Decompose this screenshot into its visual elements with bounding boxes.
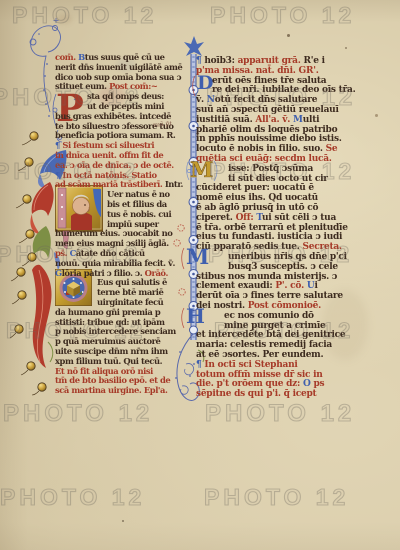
text-line: scā martina uirgine. Epl'a. — [55, 385, 168, 395]
speck-mark — [375, 114, 378, 117]
manuscript-photo: P — [0, 0, 400, 550]
text-line: ps̄. Cātate dn̄o cāticū — [55, 248, 145, 258]
text-segment: da humano gn̄i premia p — [55, 307, 160, 317]
text-segment: O — [303, 379, 313, 389]
text-line: uneribus nr̄is qs dn̄e p'ci — [228, 252, 347, 262]
text-line: ¶ Si festum sci siluestri — [55, 140, 154, 150]
text-line: locuto ē nobis in filio. suo. Se — [196, 144, 337, 154]
text-segment: ea. ɔ oīa de dnīca. ɔ de octē. — [55, 160, 174, 170]
text-segment: derūt oīa ɔ fines terre salutare — [196, 291, 343, 301]
text-segment: bus gras exhibētes. intcedē — [55, 111, 171, 121]
text-segment: dico uob sup omīa bona sua ɔ — [55, 72, 181, 82]
text-segment: uirginitate fecū — [97, 297, 163, 307]
text-segment: ē ab āglō priusq̄ in utō cō — [196, 203, 318, 213]
text-line: Glōria patri ɔ filio. ɔ. Orāō. — [55, 268, 168, 278]
text-segment: tm̄ de bto basilio epō. et de — [55, 375, 170, 385]
text-line: xpm filium tuū. Qui tecū. — [55, 356, 162, 366]
parchment-page: P — [0, 0, 400, 550]
text-line: dico uob sup omīa bona sua ɔ — [55, 72, 181, 82]
text-line: tm̄ de bto basilio epō. et de — [55, 375, 170, 385]
text-segment: maria: celestis remedij facia — [196, 340, 332, 350]
text-line: p quā meruimus auctorē — [55, 336, 160, 346]
text-segment: Si festum sci siluestri — [62, 140, 154, 150]
text-segment: i — [315, 281, 318, 291]
text-line: uirginitate fecū — [97, 297, 163, 307]
text-line: ¶ hoīb3: apparuit grā. R'e i — [196, 56, 325, 66]
text-segment: terne btē mariē — [97, 287, 163, 297]
text-line: cūcideret puer: uocatū ē — [196, 183, 314, 193]
text-line: ec nos comunio dō — [224, 311, 314, 321]
text-segment: ti sūt dies octo ut cir — [228, 174, 328, 184]
text-segment: mine purget a crimīe — [224, 321, 326, 331]
text-segment: men eius magni ɔsilij āglā. — [55, 238, 169, 248]
text-line: da humano gn̄i premia p — [55, 307, 160, 317]
text-line: nomē eius ihs. Qd uocatū — [196, 193, 318, 203]
text-segment: eius tu fundasti. iusticia ɔ iudi — [196, 232, 342, 242]
text-line: v̄. Notū fecit dn̄s salutare — [196, 95, 317, 105]
watermark-text: PHOTO 12 — [210, 2, 355, 29]
text-segment: tus suus quē cū ue — [85, 52, 165, 62]
text-line: maria: celestis remedij facia — [196, 340, 332, 350]
text-segment: die. p't orōem que dz: — [196, 379, 303, 389]
text-segment: clement exaudi: — [196, 281, 275, 291]
text-line: derūt oīa ɔ fines terre salutare — [196, 291, 343, 301]
text-segment: Se — [326, 144, 338, 154]
text-line: ut de pceptis mini — [87, 101, 164, 111]
text-segment: beneficia potiora sumam. R. — [55, 130, 175, 140]
text-segment: apparuit grā. — [238, 56, 304, 66]
speck-mark — [345, 47, 347, 49]
text-segment: In octī sci Stephani — [204, 360, 297, 370]
text-segment: stituet eum. — [55, 81, 109, 91]
text-segment: G — [55, 268, 62, 278]
text-line: totum offm̄ misse dr̄ sic in — [196, 370, 323, 380]
text-line: stituet eum. Post com̄:~ — [55, 81, 157, 91]
text-line: bis et filius da — [107, 199, 167, 209]
margin-note: suū p̄t — [153, 120, 172, 128]
text-segment: stitisti: tribue qd: ut ipām — [55, 317, 165, 327]
text-segment: ciū pparatō sedis tue. — [196, 242, 303, 252]
text-line: ti sūt dies octo ut cir — [228, 174, 328, 184]
text-segment: suū an̄ ɔspectū gētiū reuelauī — [196, 105, 339, 115]
text-line: re dei nr̄i. iubilate deo oīs tr̄a. — [212, 85, 355, 95]
text-segment: sta qd omps deus: — [87, 91, 164, 101]
text-segment: otū fecit dn̄s salutare — [215, 95, 317, 105]
text-segment: sēpitne ds qui p'i. q̄ icept — [196, 389, 316, 399]
text-line: die. p't orōem que dz: O ps — [196, 379, 324, 389]
text-line: isse: Postq̄ ɔsūma — [228, 164, 313, 174]
text-segment: ps̄. — [55, 248, 70, 258]
right-text-column: ¶ hoīb3: apparuit grā. R'e ip'ma missa. … — [196, 56, 374, 406]
text-segment: in pphīs nouissime diebo istis. — [196, 134, 342, 144]
text-line: nerit dn̄s inuenit uigilātē amē — [55, 62, 182, 72]
text-segment: uite suscipe dn̄m nr̄m ihm — [55, 346, 168, 356]
text-segment: ut de pceptis mini — [87, 101, 164, 111]
text-segment: bis et filius da — [107, 199, 167, 209]
text-segment: Orāō. — [145, 268, 168, 278]
text-segment: v̄. — [196, 95, 207, 105]
text-segment: ulti — [303, 115, 320, 125]
text-segment: in dnīca uenit. offm fit de — [55, 150, 163, 160]
text-segment: erūt oēs fines tr̄e saluta — [212, 76, 326, 86]
text-line: in dnīca uenit. offm fit de — [55, 150, 163, 160]
text-segment: xpm filium tuū. Qui tecū. — [55, 356, 162, 366]
text-segment: cūcideret puer: uocatū ē — [196, 183, 314, 193]
text-line: stitisti: tribue qd: ut ipām — [55, 317, 165, 327]
text-line: sta qd omps deus: — [87, 91, 164, 101]
text-segment: B — [78, 52, 85, 62]
text-line: ē ab āglō priusq̄ in utō cō — [196, 203, 318, 213]
text-line: ea. ɔ oīa de dnīca. ɔ de octē. — [55, 160, 174, 170]
text-segment: Secreta. — [303, 242, 342, 252]
text-segment: Eus qui salutis ē — [97, 277, 167, 287]
watermark-text: PHOTO 12 — [204, 484, 349, 511]
text-segment: re dei nr̄i. iubilate deo oīs tr̄a. — [212, 85, 355, 95]
text-line: eius tu fundasti. iusticia ɔ iudi — [196, 232, 342, 242]
text-segment: nomē eius ihs. Qd uocatū — [196, 193, 318, 203]
text-segment: ciperet. — [196, 213, 236, 223]
text-segment: Post com̄:~ — [109, 81, 157, 91]
text-line: p'ma missa. nat̄. dn̄i. GR'. — [196, 66, 319, 76]
text-line: p nobis intercedere senciam — [55, 326, 176, 336]
text-line: com̄. Btus suus quē cū ue — [55, 52, 165, 62]
text-line: beneficia potiora sumam. R. — [55, 130, 175, 140]
text-segment: et intercedēte btā dei genitrice — [196, 330, 345, 340]
text-segment: humerum eius. ɔuocabit no — [55, 228, 172, 238]
text-segment: p nobis intercedere senciam — [55, 326, 176, 336]
text-line: impiū super — [107, 219, 159, 229]
text-segment: totum offm̄ misse dr̄ sic in — [196, 370, 323, 380]
text-line: et intercedēte btā dei genitrice — [196, 330, 345, 340]
text-line: tus ē nobis. cui — [107, 209, 171, 219]
text-segment: iustitiā suā. — [196, 115, 255, 125]
text-line: ciū pparatō sedis tue. Secreta. — [196, 242, 342, 252]
text-line: bus gras exhibētes. intcedē — [55, 111, 171, 121]
text-segment: ē tr̄a. orbē terrarū et plenitudīe — [196, 223, 348, 233]
text-line: in pphīs nouissime diebo istis. — [196, 134, 342, 144]
text-line: phariē olim ds loquēs patribo — [196, 125, 337, 135]
text-segment: tus ē nobis. cui — [107, 209, 171, 219]
text-segment: stibus nos munda misterijs. ɔ — [196, 272, 337, 282]
text-line: at eē ɔsortes. Per eundem. — [196, 350, 323, 360]
text-segment: p quā meruimus auctorē — [55, 336, 160, 346]
speck-mark — [287, 34, 290, 37]
text-segment: Off: — [236, 213, 257, 223]
text-segment: dei nostri. — [196, 301, 248, 311]
text-segment: com̄. — [55, 52, 78, 62]
text-segment: busq3 susceptis. ɔ cele — [228, 262, 338, 272]
text-segment: P'. cō. — [275, 281, 307, 291]
text-segment: nouū. quia mirabilia fecit. v̄. — [55, 258, 175, 268]
text-segment: phariē olim ds loquēs patribo — [196, 125, 337, 135]
text-line: nouū. quia mirabilia fecit. v̄. — [55, 258, 175, 268]
text-segment: quētia sci euāḡ: secdm lucā. — [196, 154, 332, 164]
text-segment: M — [293, 115, 303, 125]
watermark-text: PHOTO 12 — [3, 400, 153, 428]
left-text-column: com̄. Btus suus quē cū uenerit dn̄s inue… — [55, 52, 189, 400]
watermark-text: PHOTO 12 — [0, 484, 145, 511]
text-segment: U — [307, 281, 315, 291]
text-line: clement exaudi: P'. cō. Ui — [196, 281, 318, 291]
text-line: stibus nos munda misterijs. ɔ — [196, 272, 337, 282]
text-line: terne btē mariē — [97, 287, 163, 297]
text-segment: Intr. — [165, 179, 183, 189]
text-line: ¶ In octī sci Stephani — [196, 360, 298, 370]
text-line: suū an̄ ɔspectū gētiū reuelauī — [196, 105, 339, 115]
text-segment: Uer natus ē no — [107, 189, 170, 199]
text-segment: Post cōmonioē. — [248, 301, 321, 311]
text-line: uite suscipe dn̄m nr̄m ihm — [55, 346, 168, 356]
text-line: iustitiā suā. All'a. v̄. Multi — [196, 115, 319, 125]
text-segment: scā martina uirgine. Epl'a. — [55, 385, 168, 395]
text-segment: ec nos comunio dō — [224, 311, 314, 321]
text-segment: impiū super — [107, 219, 159, 229]
text-line: sēpitne ds qui p'i. q̄ icept — [196, 389, 316, 399]
text-segment: All'a. v̄. — [255, 115, 293, 125]
text-segment: In octā natōnis. Statio — [62, 170, 156, 180]
text-line: Et nō fit aliqua orō nisi — [55, 366, 153, 376]
text-segment: Et nō fit aliqua orō nisi — [55, 366, 153, 376]
text-line: ¶ In octā natōnis. Statio — [55, 170, 157, 180]
text-segment: N — [207, 95, 215, 105]
text-line: Eus qui salutis ē — [97, 277, 167, 287]
text-segment: at eē ɔsortes. Per eundem. — [196, 350, 323, 360]
text-segment: ui sūt cēli ɔ tua — [262, 213, 336, 223]
text-line: men eius magni ɔsilij āglā. — [55, 238, 169, 248]
text-segment: lōria patri ɔ filio. ɔ. — [62, 268, 145, 278]
text-segment: uneribus nr̄is qs dn̄e p'ci — [228, 252, 347, 262]
text-line: ciperet. Off: Tui sūt cēli ɔ tua — [196, 213, 336, 223]
text-line: ē tr̄a. orbē terrarū et plenitudīe — [196, 223, 348, 233]
text-segment: hoīb3: — [204, 56, 237, 66]
text-line: ad scām mariā trāstiberī. Intr. — [55, 179, 183, 189]
speck-mark — [122, 520, 124, 522]
text-segment: nerit dn̄s inuenit uigilātē amē — [55, 62, 182, 72]
text-line: erūt oēs fines tr̄e saluta — [212, 76, 326, 86]
text-line: Uer natus ē no — [107, 189, 170, 199]
text-line: quētia sci euāḡ: secdm lucā. — [196, 154, 332, 164]
text-segment: R'e i — [303, 56, 324, 66]
text-line: mine purget a crimīe — [224, 321, 326, 331]
text-segment: ad scām mariā trāstiberī. — [55, 179, 165, 189]
text-segment: ps — [313, 379, 324, 389]
text-segment: ātate dn̄o cāticū — [76, 248, 145, 258]
text-line: dei nostri. Post cōmonioē. — [196, 301, 321, 311]
text-segment: p'ma missa. nat̄. dn̄i. GR'. — [196, 66, 319, 76]
text-segment: isse: Postq̄ ɔsūma — [228, 164, 313, 174]
text-line: busq3 susceptis. ɔ cele — [228, 262, 338, 272]
text-segment: locuto ē nobis in filio. suo. — [196, 144, 326, 154]
text-line: humerum eius. ɔuocabit no — [55, 228, 172, 238]
